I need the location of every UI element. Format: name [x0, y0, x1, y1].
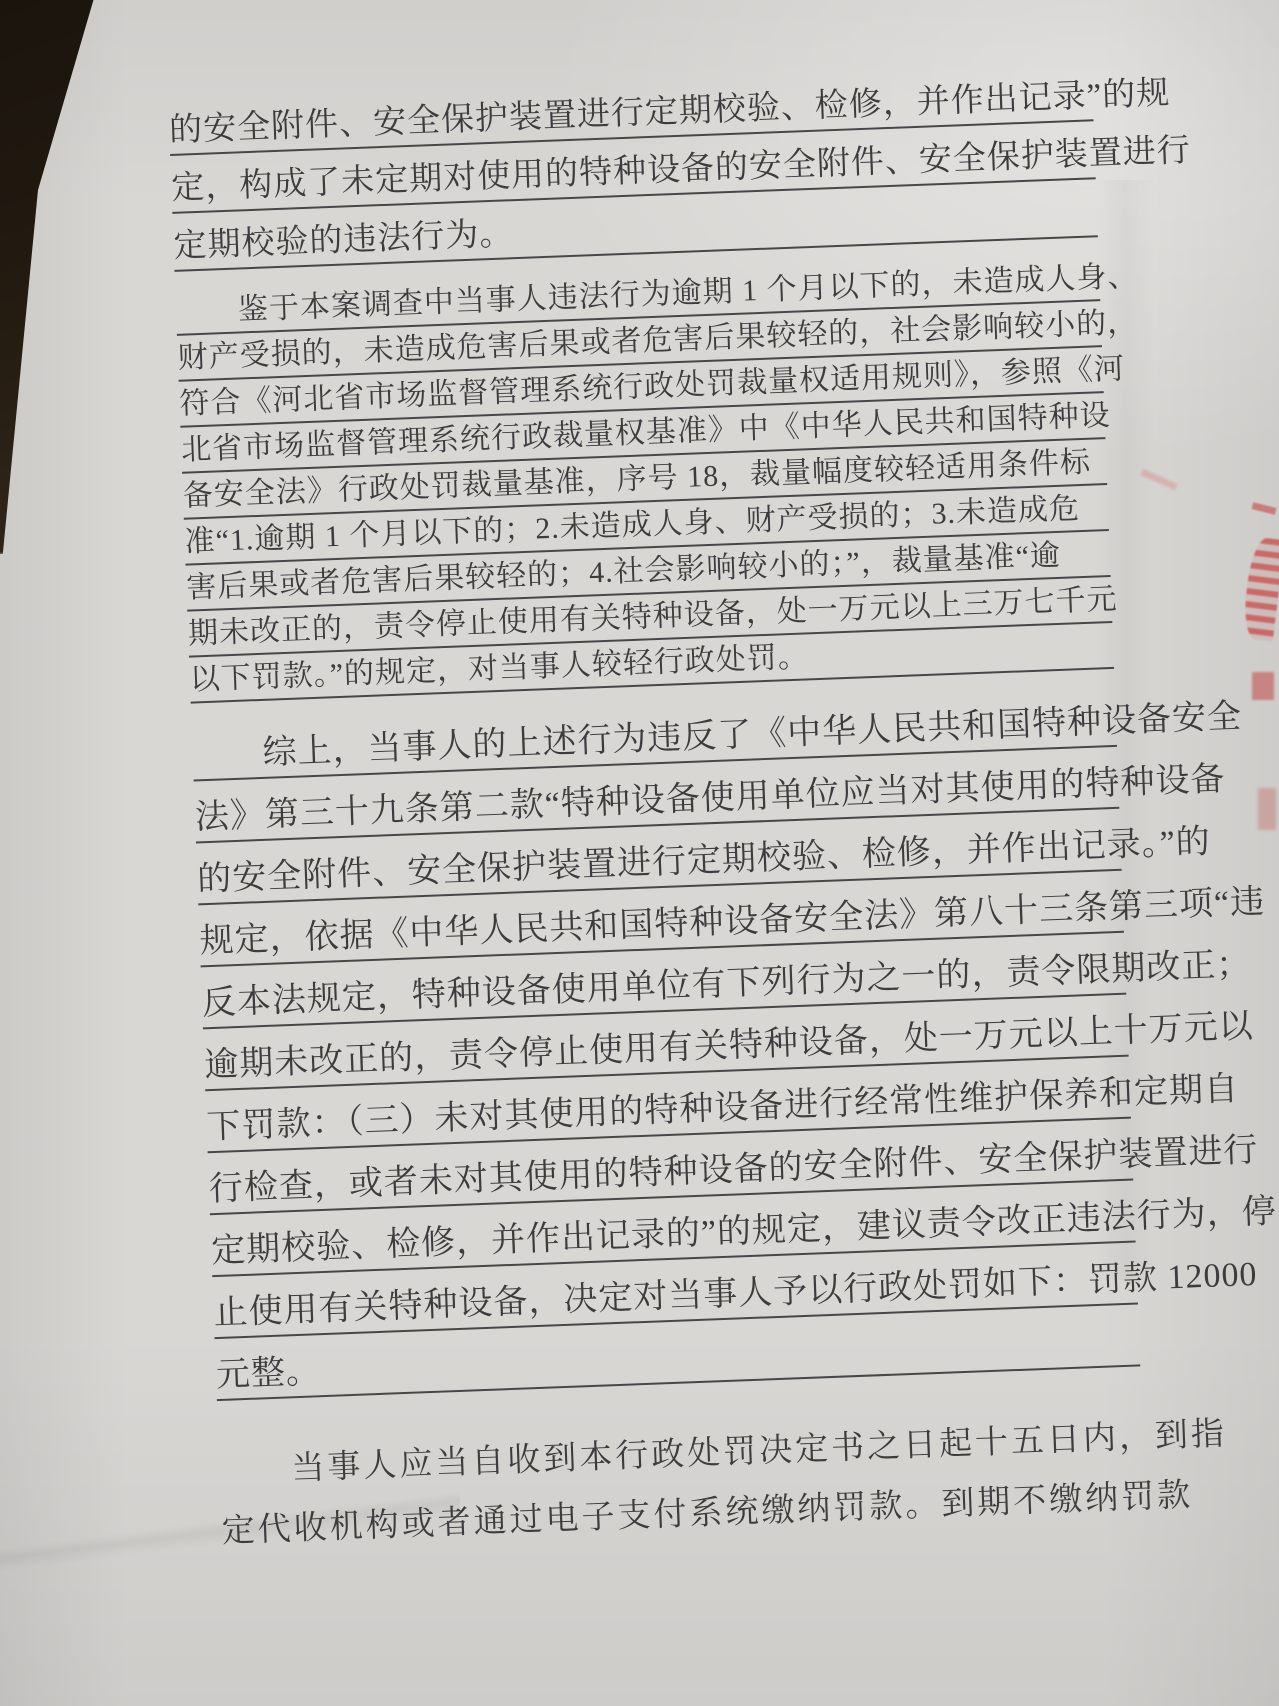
paragraph-penalty-decision: 综上，当事人的上述行为违反了《中华人民共和国特种设备安全法》第三十九条第二款“特… [191, 685, 1140, 1401]
red-seal-fragment [1252, 672, 1274, 700]
paragraph-discretion-basis: 鉴于本案调查中当事人违法行为逾期 1 个月以下的，未造成人身、财产受损的，未造成… [175, 255, 1114, 703]
tabletop-corner [0, 0, 104, 554]
document-text: 的安全附件、安全保护装置进行定期校验、检修，并作出记录”的规定，构成了未定期对使… [168, 63, 1146, 1555]
photographed-document: 的安全附件、安全保护装置进行定期校验、检修，并作出记录”的规定，构成了未定期对使… [0, 0, 1279, 1706]
red-seal-fragment [1241, 536, 1279, 641]
paragraph-payment-instructions: 当事人应当自收到本行政处罚决定书之日起十五日内，到指定代收机构或者通过电子支付系… [218, 1400, 1146, 1555]
red-seal-fragment [1252, 502, 1277, 515]
red-seal-fragment [1258, 788, 1276, 830]
paragraph-continuation: 的安全附件、安全保护装置进行定期校验、检修，并作出记录”的规定，构成了未定期对使… [168, 63, 1098, 272]
